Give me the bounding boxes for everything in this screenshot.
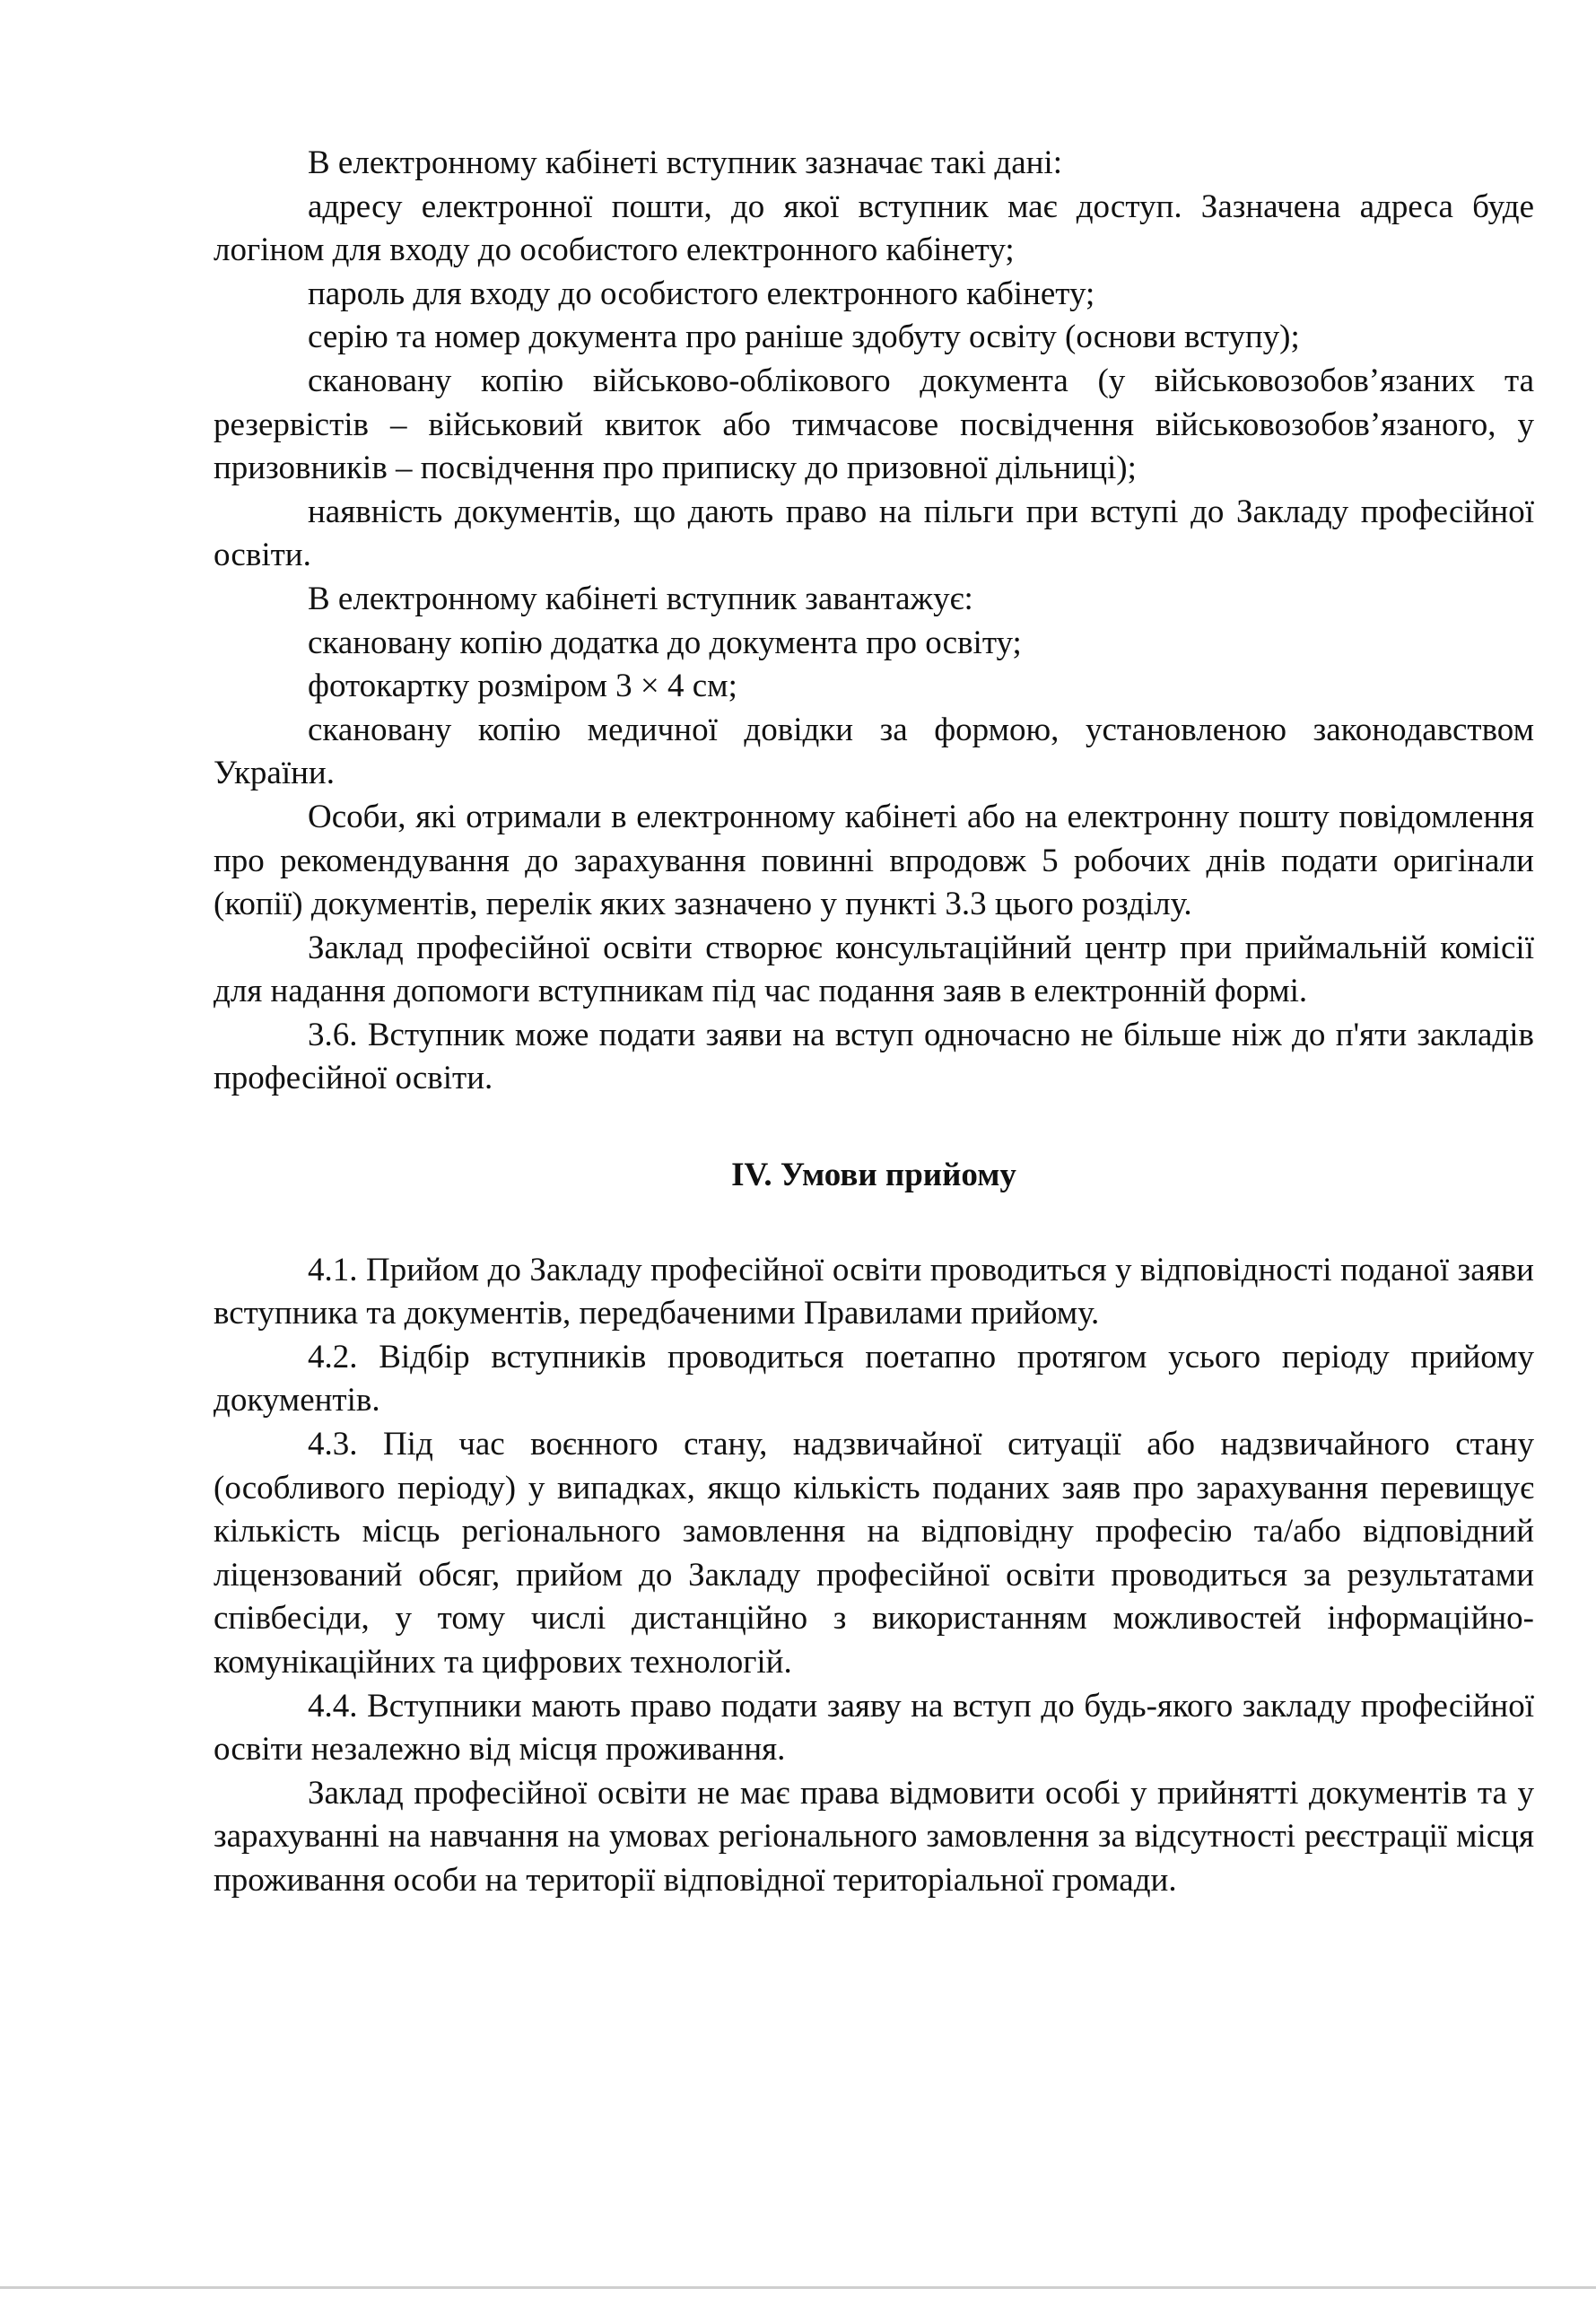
paragraph-4-2: 4.2. Відбір вступників проводиться поета… [214,1336,1534,1423]
paragraph-cabinet-upload-intro: В електронному кабінеті вступник заванта… [214,578,1534,622]
paragraph-military-doc: скановану копію військово-облікового док… [214,360,1534,491]
paragraph-cabinet-data-intro: В електронному кабінеті вступник зазнача… [214,142,1534,186]
paragraph-4-3: 4.3. Під час воєнного стану, надзвичайно… [214,1423,1534,1685]
paragraph-4-4: 4.4. Вступники мають право подати заяву … [214,1685,1534,1772]
paragraph-education-doc: серію та номер документа про раніше здоб… [214,316,1534,360]
paragraph-recommended-persons: Особи, які отримали в електронному кабін… [214,796,1534,927]
paragraph-4-1: 4.1. Прийом до Закладу професійної освіт… [214,1249,1534,1336]
paragraph-email: адресу електронної пошти, до якої вступн… [214,186,1534,273]
paragraph-consulting-center: Заклад професійної освіти створює консул… [214,927,1534,1014]
paragraph-upload-photo: фотокартку розміром 3 × 4 см; [214,665,1534,709]
paragraph-registration: Заклад професійної освіти не має права в… [214,1772,1534,1903]
paragraph-password: пароль для входу до особистого електронн… [214,273,1534,317]
paragraph-upload-appendix: скановану копію додатка до документа про… [214,622,1534,666]
scan-bottom-edge [0,2286,1596,2289]
paragraph-upload-medical: скановану копію медичної довідки за форм… [214,709,1534,796]
section-4-heading: IV. Умови прийому [214,1154,1534,1198]
paragraph-3-6: 3.6. Вступник може подати заяви на вступ… [214,1014,1534,1101]
paragraph-benefits: наявність документів, що дають право на … [214,491,1534,578]
document-page: В електронному кабінеті вступник зазнача… [214,142,1534,1903]
